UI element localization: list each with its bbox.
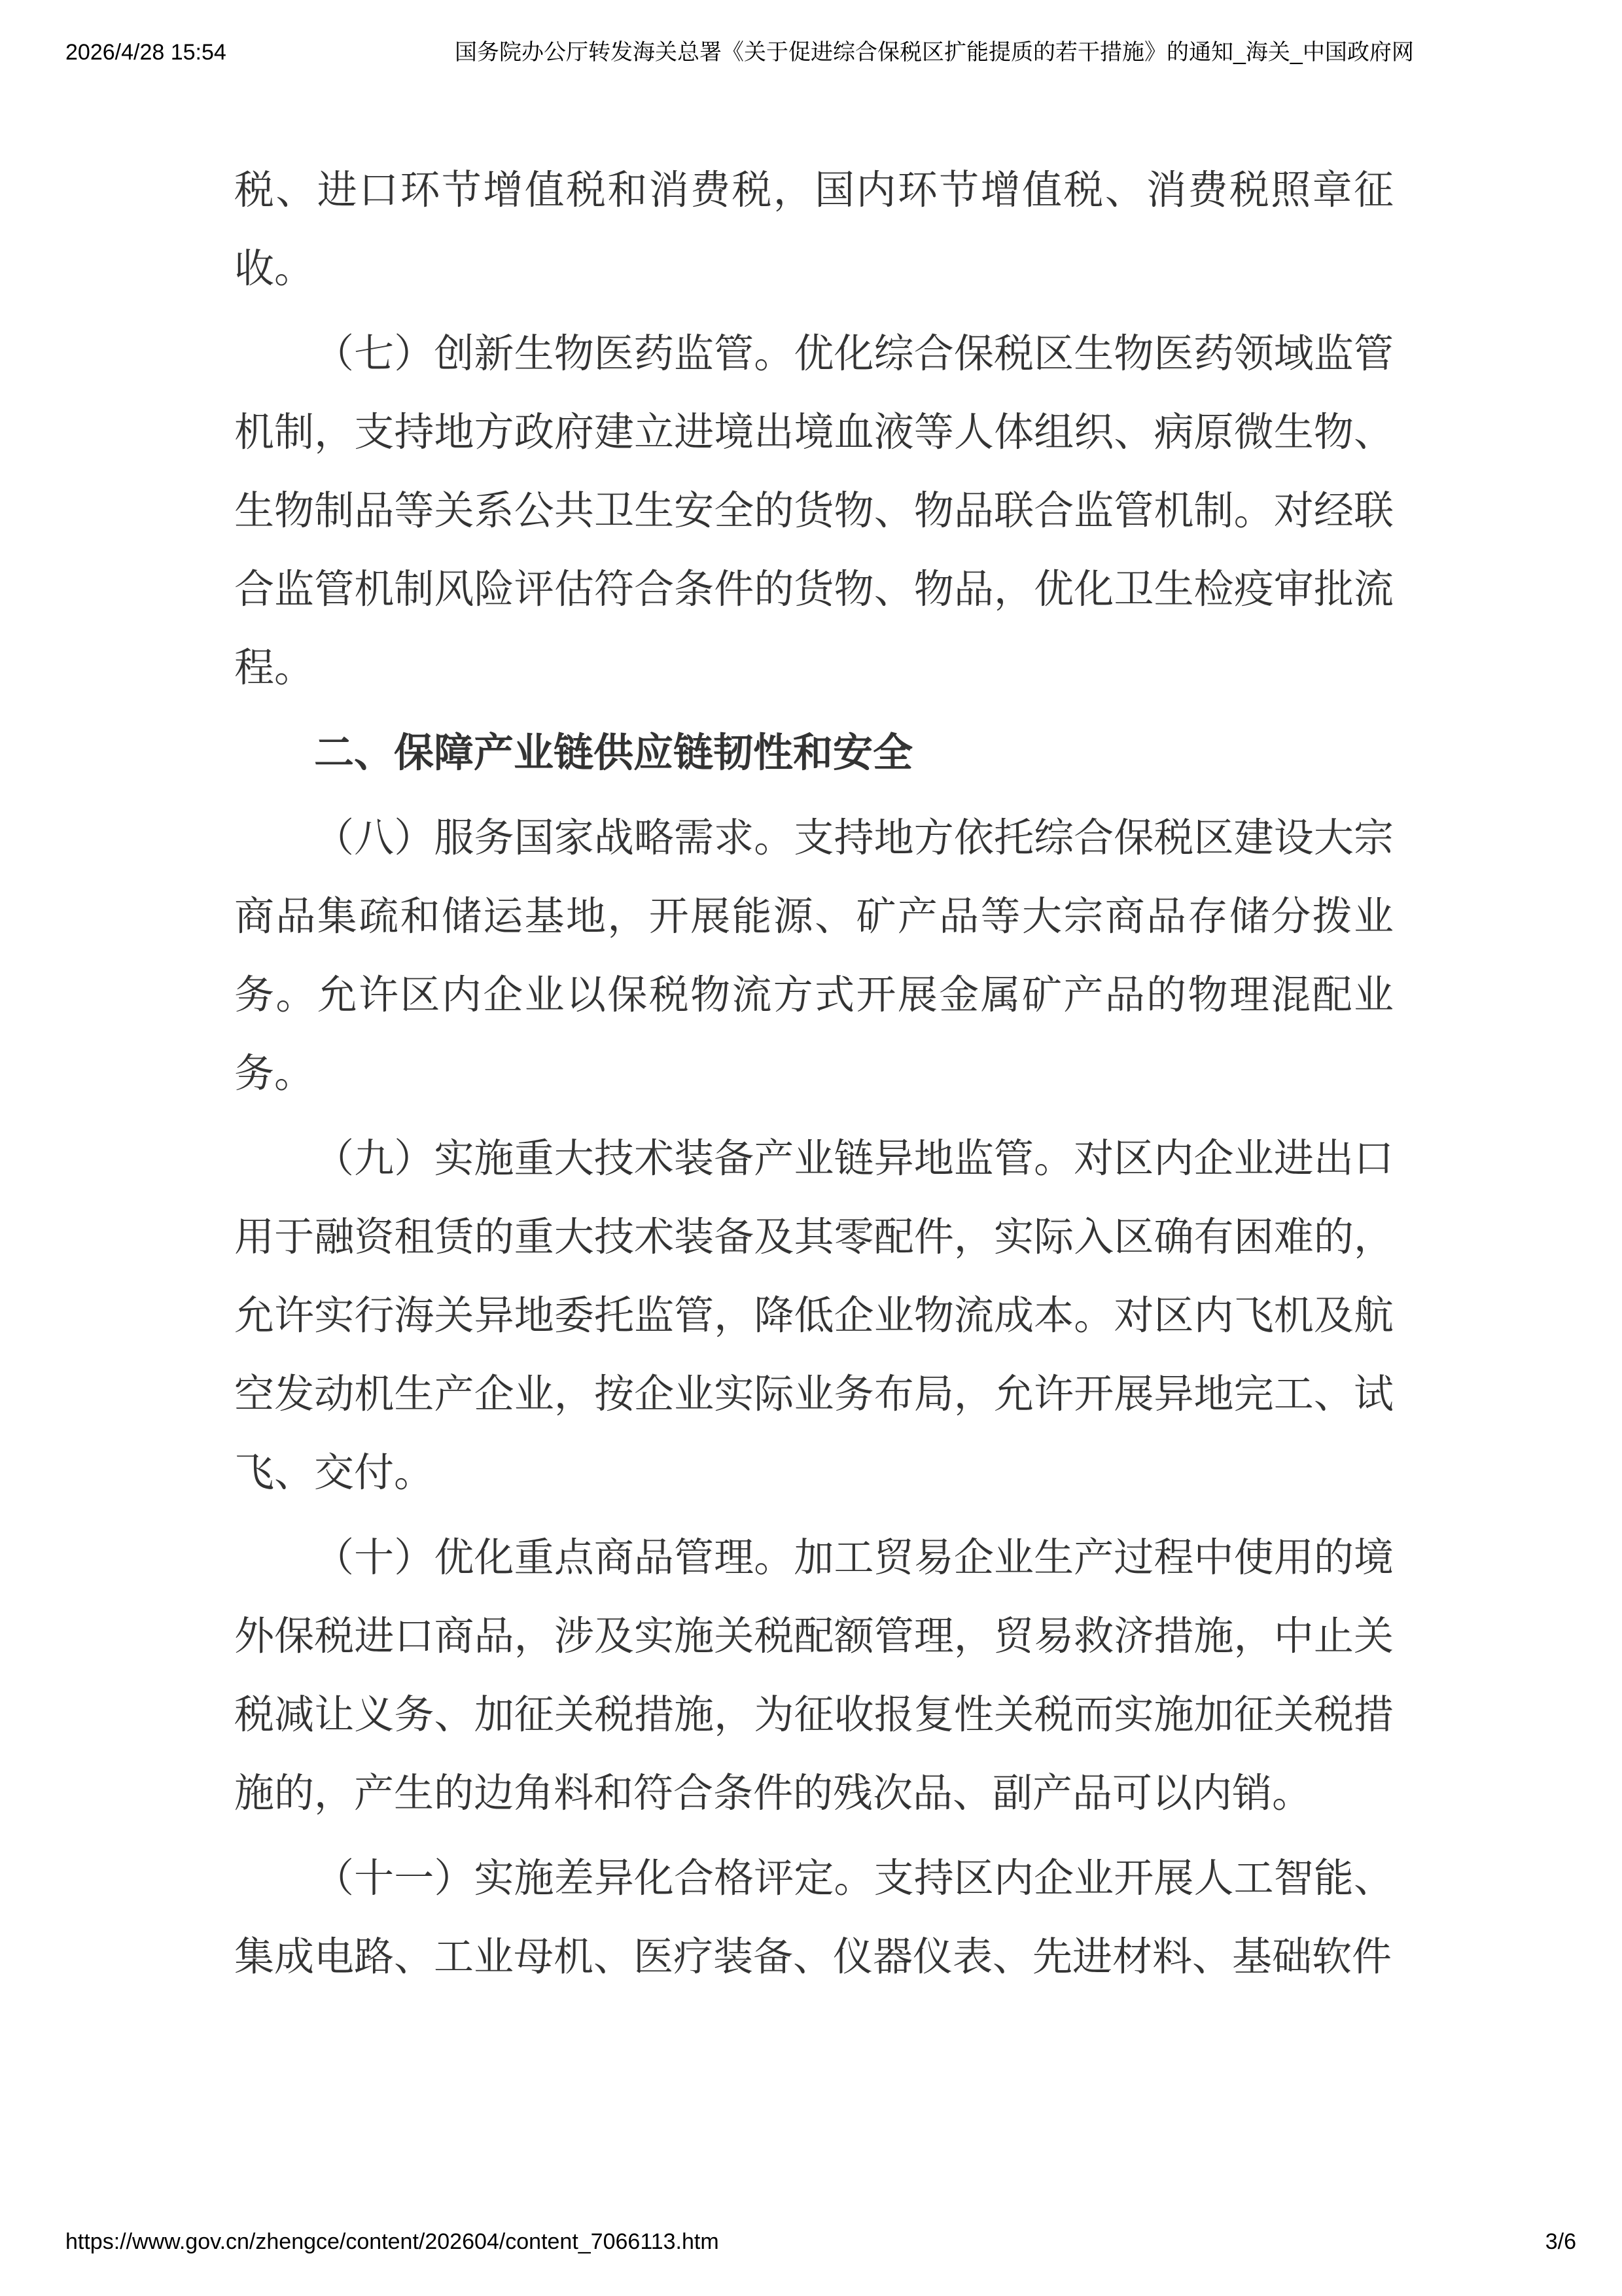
body-paragraph: （十一）实施差异化合格评定。支持区内企业开展人工智能、集成电路、工业母机、医疗装… xyxy=(234,1840,1394,1997)
page-indicator: 3/6 xyxy=(1545,2229,1576,2255)
body-paragraph: 税、进口环节增值税和消费税，国内环节增值税、消费税照章征收。 xyxy=(234,152,1394,309)
source-url: https://www.gov.cn/zhengce/content/20260… xyxy=(65,2229,719,2255)
body-paragraph: （八）服务国家战略需求。支持地方依托综合保税区建设大宗商品集疏和储运基地，开展能… xyxy=(234,800,1394,1114)
printed-webpage: { "page": { "header": { "datetime": "202… xyxy=(0,0,1622,2296)
body-paragraph: （九）实施重大技术装备产业链异地监管。对区内企业进出口用于融资租赁的重大技术装备… xyxy=(234,1120,1394,1513)
body-paragraph: （七）创新生物医药监管。优化综合保税区生物医药领域监管机制，支持地方政府建立进境… xyxy=(234,315,1394,708)
print-page-title: 国务院办公厅转发海关总署《关于促进综合保税区扩能提质的若干措施》的通知_海关_中… xyxy=(455,39,1414,65)
body-paragraph: （十）优化重点商品管理。加工贸易企业生产过程中使用的境外保税进口商品，涉及实施关… xyxy=(234,1519,1394,1833)
print-datetime: 2026/4/28 15:54 xyxy=(65,39,226,65)
section-heading: 二、保障产业链供应链韧性和安全 xyxy=(234,715,1394,793)
document-page: 税、进口环节增值税和消费税，国内环节增值税、消费税照章征收。（七）创新生物医药监… xyxy=(234,152,1394,2004)
